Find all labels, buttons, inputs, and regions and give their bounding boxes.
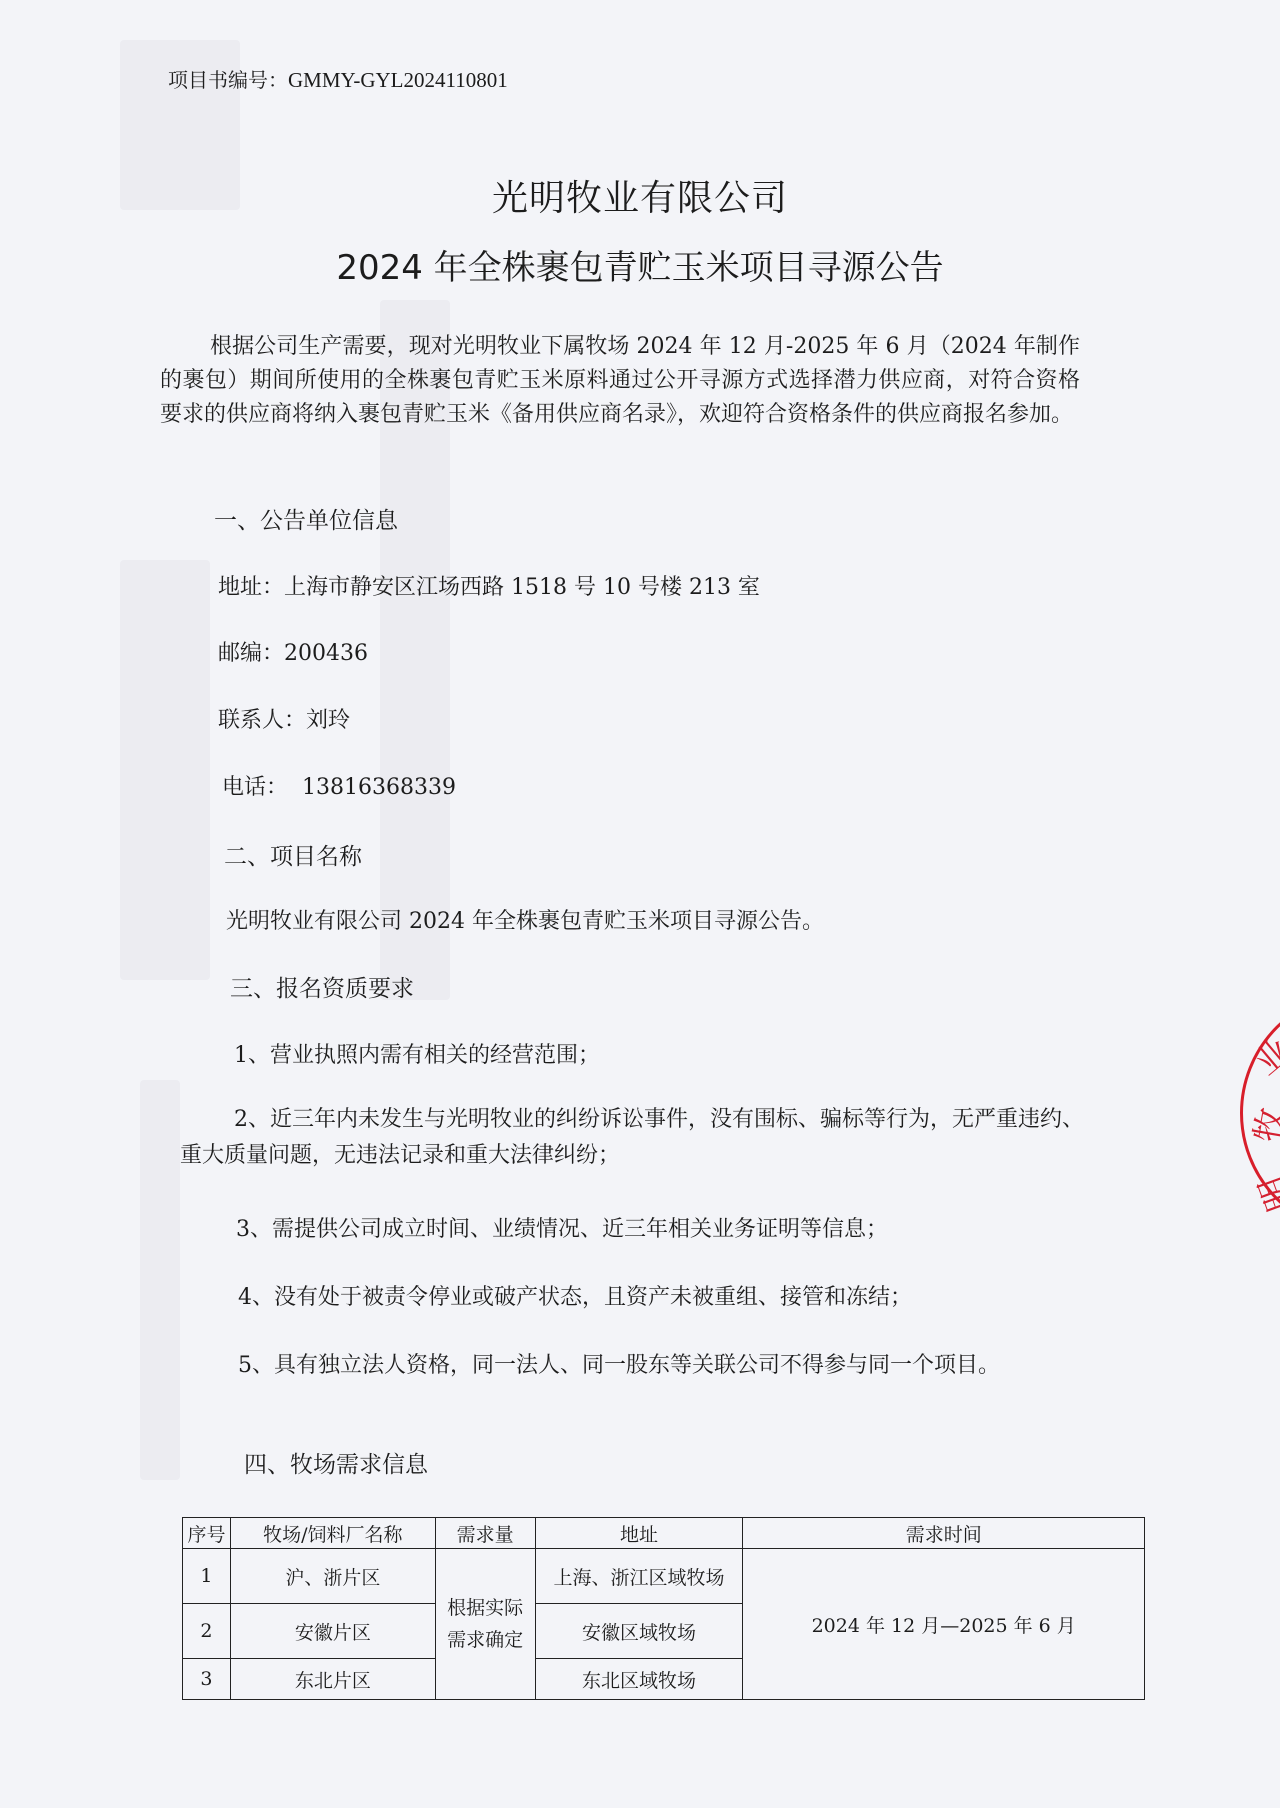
requirement-item: 2、近三年内未发生与光明牧业的纠纷诉讼事件，没有围标、骗标等行为，无严重违约、重… (180, 1102, 1100, 1174)
section4-heading: 四、牧场需求信息 (244, 1446, 428, 1479)
demand-table: 序号 牧场/饲料厂名称 需求量 地址 需求时间 1 沪、浙片区 根据实际 需求确… (182, 1517, 1145, 1700)
cell-quantity-merged: 根据实际 需求确定 (435, 1549, 535, 1700)
intro-paragraph: 根据公司生产需要，现对光明牧业下属牧场 2024 年 12 月-2025 年 6… (160, 330, 1080, 432)
cell-no: 3 (183, 1659, 231, 1700)
cell-name: 安徽片区 (230, 1604, 435, 1659)
cell-address: 安徽区域牧场 (535, 1604, 743, 1659)
cell-name: 东北片区 (230, 1659, 435, 1700)
table-header-row: 序号 牧场/饲料厂名称 需求量 地址 需求时间 (183, 1518, 1145, 1549)
document-number-value: GMMY-GYL2024110801 (288, 68, 508, 92)
requirement-item: 3、需提供公司成立时间、业绩情况、近三年相关业务证明等信息； (236, 1212, 888, 1243)
contact-line: 联系人：刘玲 (218, 703, 350, 734)
scan-bleed-through (120, 560, 210, 980)
document-number-label: 项目书编号： (168, 68, 288, 92)
announcement-title: 2024 年全株裹包青贮玉米项目寻源公告 (0, 240, 1280, 289)
quantity-line2: 需求确定 (436, 1624, 535, 1656)
header-no: 序号 (183, 1518, 231, 1549)
section2-heading: 二、项目名称 (224, 838, 362, 871)
company-title: 光明牧业有限公司 (0, 170, 1280, 221)
postcode-line: 邮编：200436 (218, 636, 368, 667)
cell-address: 东北区域牧场 (535, 1659, 743, 1700)
cell-no: 1 (183, 1549, 231, 1604)
section1-heading: 一、公告单位信息 (214, 502, 398, 535)
requirement-item: 5、具有独立法人资格，同一法人、同一股东等关联公司不得参与同一个项目。 (190, 1348, 1130, 1384)
header-address: 地址 (535, 1518, 743, 1549)
cell-time-merged: 2024 年 12 月—2025 年 6 月 (743, 1549, 1145, 1700)
quantity-line1: 根据实际 (436, 1592, 535, 1624)
table-row: 1 沪、浙片区 根据实际 需求确定 上海、浙江区域牧场 2024 年 12 月—… (183, 1549, 1145, 1604)
document-number: 项目书编号：GMMY-GYL2024110801 (168, 64, 508, 93)
cell-address: 上海、浙江区域牧场 (535, 1549, 743, 1604)
cell-no: 2 (183, 1604, 231, 1659)
project-name: 光明牧业有限公司 2024 年全株裹包青贮玉米项目寻源公告。 (226, 904, 824, 935)
phone-line: 电话： 13816368339 (222, 770, 456, 801)
scan-bleed-through (140, 1080, 180, 1480)
header-name: 牧场/饲料厂名称 (230, 1518, 435, 1549)
requirement-item: 1、营业执照内需有相关的经营范围； (234, 1038, 600, 1069)
section3-heading: 三、报名资质要求 (230, 970, 414, 1003)
address-line: 地址：上海市静安区江场西路 1518 号 10 号楼 213 室 (218, 570, 760, 601)
document-page: 项目书编号：GMMY-GYL2024110801 光明牧业有限公司 2024 年… (0, 0, 1280, 1808)
header-time: 需求时间 (743, 1518, 1145, 1549)
requirement-item: 4、没有处于被责令停业或破产状态，且资产未被重组、接管和冻结； (238, 1280, 912, 1311)
header-quantity: 需求量 (435, 1518, 535, 1549)
cell-name: 沪、浙片区 (230, 1549, 435, 1604)
